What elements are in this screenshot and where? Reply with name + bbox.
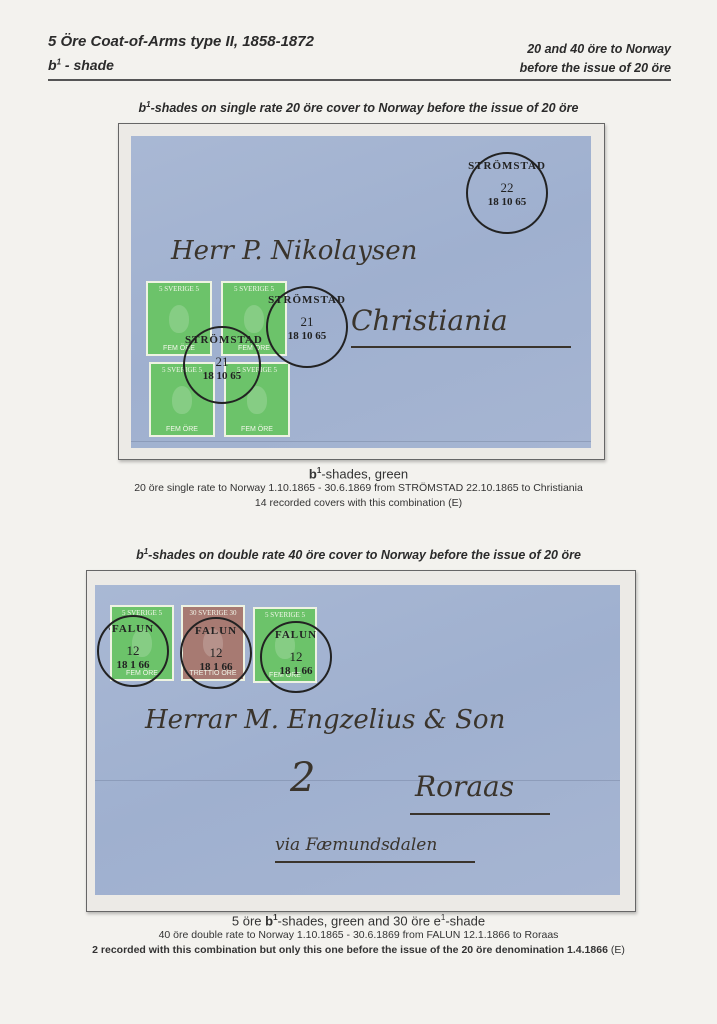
cancel-falun: FALUN1218 1 66 [180, 617, 252, 689]
page-title: 5 Öre Coat-of-Arms type II, 1858-1872 [48, 33, 314, 50]
cancel-day: 12 [182, 645, 250, 661]
cancel-stromstad-21: STRÖMSTAD2118 10 65 [266, 286, 348, 368]
cancel-stromstad-21: STRÖMSTAD2118 10 65 [183, 326, 261, 404]
caption-title: b1-shades, green [0, 466, 717, 481]
cancel-day: 12 [262, 649, 330, 665]
heading-base: b [136, 548, 144, 562]
caption-line1: 40 öre double rate to Norway 1.10.1865 -… [0, 928, 717, 943]
cover1: Herr P. Nikolaysen Christiania 5 SVERIGE… [131, 136, 591, 448]
caption-line2-end: (E) [608, 944, 625, 956]
cancel-date: 18 1 66 [182, 661, 250, 673]
subtitle-base: b [48, 57, 57, 73]
stamp-label: 5 SVERIGE 5 [255, 611, 315, 619]
cancel-day: 12 [99, 643, 167, 659]
crest-icon [169, 305, 189, 333]
stamp-label: 5 SVERIGE 5 [223, 285, 285, 293]
cancel-town: FALUN [182, 625, 250, 637]
section2-heading: b1-shades on double rate 40 öre cover to… [0, 547, 717, 562]
cancel-falun: FALUN1218 1 66 [260, 621, 332, 693]
underline [351, 346, 571, 348]
cover2-address-name: Herrar M. Engzelius & Son [145, 705, 505, 735]
header-right: 20 and 40 öre to Norway before the issue… [520, 40, 671, 78]
cancel-town: STRÖMSTAD [468, 160, 546, 172]
cover2-address-route: via Fæmundsdalen [275, 835, 437, 855]
caption-line2: 2 recorded with this combination but onl… [0, 943, 717, 958]
cover1-frame: Herr P. Nikolaysen Christiania 5 SVERIGE… [118, 123, 605, 460]
header-rule [48, 79, 671, 81]
header-right-line1: 20 and 40 öre to Norway [520, 40, 671, 59]
page-subtitle: b1 - shade [48, 57, 114, 73]
caption-title: 5 öre b1-shades, green and 30 öre e1-sha… [0, 913, 717, 928]
fold-line [131, 441, 591, 442]
cancel-date: 18 1 66 [99, 659, 167, 671]
cancel-date: 18 10 65 [468, 196, 546, 208]
section1-caption: b1-shades, green 20 öre single rate to N… [0, 466, 717, 511]
cancel-date: 18 10 65 [185, 370, 259, 382]
caption-line2: 14 recorded covers with this combination… [0, 496, 717, 511]
cover2-frame: 0,40 Herrar M. Engzelius & Son 2 Roraas … [86, 570, 636, 912]
section1-heading: b1-shades on single rate 20 öre cover to… [0, 100, 717, 115]
cancel-falun: FALUN1218 1 66 [97, 615, 169, 687]
caption-line1: 20 öre single rate to Norway 1.10.1865 -… [0, 481, 717, 496]
cover2-address-number: 2 [290, 755, 315, 801]
fold-line [95, 780, 620, 781]
section2-caption: 5 öre b1-shades, green and 30 öre e1-sha… [0, 913, 717, 958]
caption-pre: 5 öre [232, 913, 265, 928]
cancel-day: 21 [268, 314, 346, 330]
crest-icon [244, 305, 264, 333]
caption-rest: -shades, green and 30 öre e [278, 913, 441, 928]
cancel-stromstad-22: STRÖMSTAD2218 10 65 [466, 152, 548, 234]
cancel-town: STRÖMSTAD [185, 334, 259, 346]
stamp-value: FEM ÖRE [151, 426, 213, 433]
cancel-date: 18 10 65 [268, 330, 346, 342]
heading-rest: -shades on single rate 20 öre cover to N… [151, 101, 579, 115]
underline [410, 813, 550, 815]
cover2: 0,40 Herrar M. Engzelius & Son 2 Roraas … [95, 585, 620, 895]
header-right-line2: before the issue of 20 öre [520, 59, 671, 78]
caption-bold: b [265, 913, 273, 928]
stamp-label: 5 SVERIGE 5 [148, 285, 210, 293]
caption-rest: -shades, green [321, 466, 408, 481]
cover1-address-name: Herr P. Nikolaysen [171, 236, 417, 266]
caption-line2-bold: 2 recorded with this combination but onl… [92, 944, 608, 956]
cancel-day: 21 [185, 354, 259, 370]
stamp-value: FEM ÖRE [226, 426, 288, 433]
cancel-town: STRÖMSTAD [268, 294, 346, 306]
stamp-label: 30 SVERIGE 30 [183, 609, 243, 617]
underline [275, 861, 475, 863]
cover2-address-city: Roraas [415, 770, 514, 803]
cover1-address-city: Christiania [351, 304, 508, 337]
heading-base: b [138, 101, 146, 115]
heading-rest: -shades on double rate 40 öre cover to N… [148, 548, 581, 562]
cancel-town: FALUN [262, 629, 330, 641]
cancel-date: 18 1 66 [262, 665, 330, 677]
cancel-town: FALUN [99, 623, 167, 635]
cancel-day: 22 [468, 180, 546, 196]
caption-end: -shade [445, 913, 485, 928]
caption-bold: b [309, 466, 317, 481]
crest-icon [172, 386, 192, 414]
subtitle-rest: - shade [61, 57, 114, 73]
